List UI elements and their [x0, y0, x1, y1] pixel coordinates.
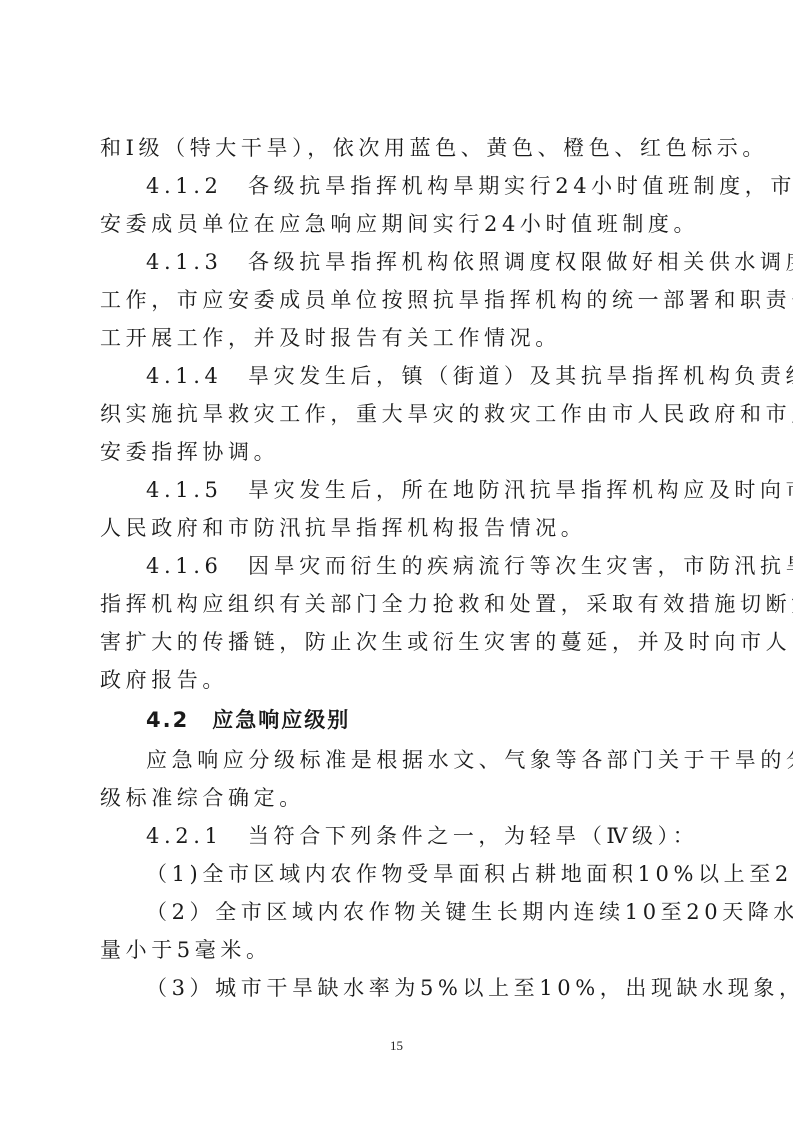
page-number: 15 [0, 1038, 793, 1054]
paragraph-line: 工作，市应安委成员单位按照抗旱指挥机构的统一部署和职责分 [100, 280, 793, 320]
paragraph-line: 人民政府和市防汛抗旱指挥机构报告情况。 [100, 508, 586, 548]
clause-4-1-6: 4.1.6 因旱灾而衍生的疾病流行等次生灾害，市防汛抗旱 [146, 546, 793, 586]
section-heading-4-2: 4.2 应急响应级别 [146, 700, 350, 740]
condition-item-2: （2）全市区域内农作物关键生长期内连续10至20天降水 [146, 892, 793, 932]
paragraph-line: 害扩大的传播链，防止次生或衍生灾害的蔓延，并及时向市人民 [100, 622, 793, 662]
clause-4-1-5: 4.1.5 旱灾发生后，所在地防汛抗旱指挥机构应及时向市 [146, 470, 793, 510]
paragraph-line: 和Ⅰ级（特大干旱），依次用蓝色、黄色、橙色、红色标示。 [100, 128, 768, 168]
paragraph-line: 安委指挥协调。 [100, 432, 279, 472]
clause-4-1-2: 4.1.2 各级抗旱指挥机构旱期实行24小时值班制度，市应 [146, 166, 793, 206]
paragraph-line: 安委成员单位在应急响应期间实行24小时值班制度。 [100, 204, 699, 244]
clause-4-2-1: 4.2.1 当符合下列条件之一，为轻旱（Ⅳ级）： [146, 816, 698, 856]
condition-item-3: （3）城市干旱缺水率为5%以上至10%，出现缺水现象，居 [146, 968, 793, 1008]
clause-4-1-3: 4.1.3 各级抗旱指挥机构依照调度权限做好相关供水调度 [146, 242, 793, 282]
paragraph-line: 级标准综合确定。 [100, 778, 305, 818]
clause-4-1-4: 4.1.4 旱灾发生后，镇（街道）及其抗旱指挥机构负责组 [146, 356, 793, 396]
paragraph-line: 政府报告。 [100, 660, 228, 700]
paragraph-line: 量小于5毫米。 [100, 930, 272, 970]
paragraph-line: 工开展工作，并及时报告有关工作情况。 [100, 318, 561, 358]
paragraph-line: 应急响应分级标准是根据水文、气象等各部门关于干旱的分 [146, 740, 793, 780]
condition-item-1: （1)全市区域内农作物受旱面积占耕地面积10%以上至20%。 [146, 854, 793, 894]
paragraph-line: 指挥机构应组织有关部门全力抢救和处置，采取有效措施切断灾 [100, 584, 793, 624]
paragraph-line: 织实施抗旱救灾工作，重大旱灾的救灾工作由市人民政府和市应 [100, 394, 793, 434]
